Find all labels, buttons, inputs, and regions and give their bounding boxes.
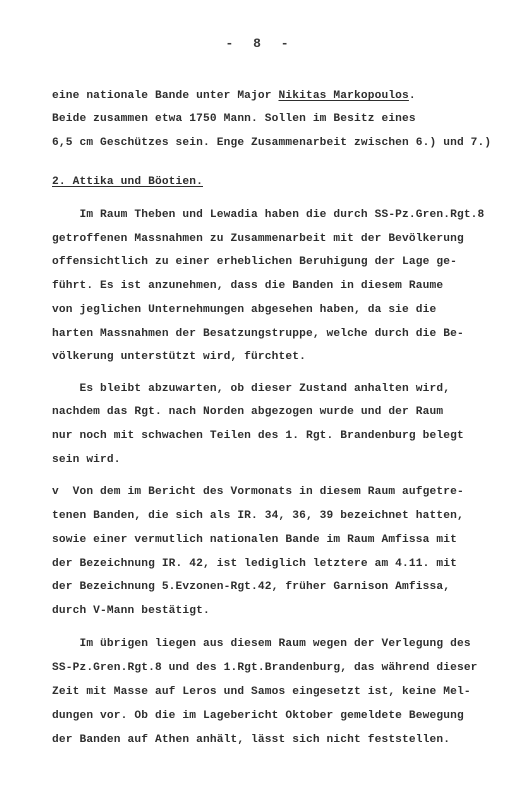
text-line: getroffenen Massnahmen zu Zusammenarbeit… [52,233,464,245]
text-segment: der Bezeichnung IR. 42, ist lediglich le… [52,558,457,570]
text-segment: . [409,90,416,102]
text-line: 6,5 cm Geschützes sein. Enge Zusammenarb… [52,137,491,149]
text-segment: 6,5 cm Geschützes sein. Enge Zusammenarb… [52,137,491,149]
text-line: offensichtlich zu einer erheblichen Beru… [52,256,457,268]
text-segment: Beide zusammen etwa 1750 Mann. Sollen im… [52,113,416,125]
text-line: führt. Es ist anzunehmen, dass die Bande… [52,280,443,292]
text-line: der Bezeichnung IR. 42, ist lediglich le… [52,558,457,570]
text-line: tenen Banden, die sich als IR. 34, 36, 3… [52,510,464,522]
text-segment: v Von dem im Bericht des Vormonats in di… [52,486,464,498]
text-line: nur noch mit schwachen Teilen des 1. Rgt… [52,430,464,442]
text-segment: dungen vor. Ob die im Lagebericht Oktobe… [52,710,464,722]
text-segment: harten Massnahmen der Besatzungstruppe, … [52,328,464,340]
text-segment: völkerung unterstützt wird, fürchtet. [52,351,306,363]
text-segment: offensichtlich zu einer erheblichen Beru… [52,256,457,268]
text-line: harten Massnahmen der Besatzungstruppe, … [52,328,464,340]
text-segment: führt. Es ist anzunehmen, dass die Bande… [52,280,443,292]
text-line: der Bezeichnung 5.Evzonen-Rgt.42, früher… [52,581,450,593]
text-line: v Von dem im Bericht des Vormonats in di… [52,486,464,498]
underlined-text: 2. Attika und Böotien. [52,176,203,188]
page-number: - 8 - [0,36,520,51]
text-line: SS-Pz.Gren.Rgt.8 und des 1.Rgt.Brandenbu… [52,662,478,674]
text-line: eine nationale Bande unter Major Nikitas… [52,90,416,102]
text-line: sowie einer vermutlich nationalen Bande … [52,534,457,546]
text-segment: getroffenen Massnahmen zu Zusammenarbeit… [52,233,464,245]
text-line: von jeglichen Unternehmungen abgesehen h… [52,304,436,316]
text-line: Im Raum Theben und Lewadia haben die dur… [52,209,484,221]
text-line: sein wird. [52,454,121,466]
text-segment: Im Raum Theben und Lewadia haben die dur… [52,209,484,221]
text-line: Zeit mit Masse auf Leros und Samos einge… [52,686,471,698]
text-segment: Es bleibt abzuwarten, ob dieser Zustand … [52,383,450,395]
text-line: Im übrigen liegen aus diesem Raum wegen … [52,638,471,650]
text-line: nachdem das Rgt. nach Norden abgezogen w… [52,406,443,418]
text-line: Beide zusammen etwa 1750 Mann. Sollen im… [52,113,416,125]
text-segment: tenen Banden, die sich als IR. 34, 36, 3… [52,510,464,522]
text-line: der Banden auf Athen anhält, lässt sich … [52,734,450,746]
text-line: 2. Attika und Böotien. [52,176,203,188]
underlined-text: Nikitas Markopoulos [279,90,409,102]
text-segment: Zeit mit Masse auf Leros und Samos einge… [52,686,471,698]
text-segment: SS-Pz.Gren.Rgt.8 und des 1.Rgt.Brandenbu… [52,662,478,674]
text-segment: sowie einer vermutlich nationalen Bande … [52,534,457,546]
text-line: dungen vor. Ob die im Lagebericht Oktobe… [52,710,464,722]
text-segment: sein wird. [52,454,121,466]
text-segment: von jeglichen Unternehmungen abgesehen h… [52,304,436,316]
text-segment: nur noch mit schwachen Teilen des 1. Rgt… [52,430,464,442]
text-segment: eine nationale Bande unter Major [52,90,279,102]
text-segment: Im übrigen liegen aus diesem Raum wegen … [52,638,471,650]
text-segment: der Bezeichnung 5.Evzonen-Rgt.42, früher… [52,581,450,593]
text-segment: durch V-Mann bestätigt. [52,605,210,617]
text-line: völkerung unterstützt wird, fürchtet. [52,351,306,363]
text-segment: nachdem das Rgt. nach Norden abgezogen w… [52,406,443,418]
text-line: durch V-Mann bestätigt. [52,605,210,617]
text-line: Es bleibt abzuwarten, ob dieser Zustand … [52,383,450,395]
text-segment: der Banden auf Athen anhält, lässt sich … [52,734,450,746]
